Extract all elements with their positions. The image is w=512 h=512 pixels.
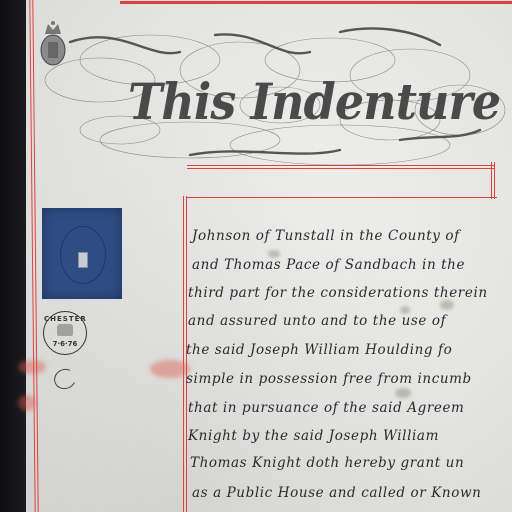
heading-this-indenture: This Indenture [128, 72, 500, 131]
body-line: simple in possession free from incumb [186, 371, 472, 387]
red-wax-smudge [18, 360, 46, 374]
red-wax-smudge [18, 395, 36, 411]
body-line: third part for the considerations therei… [188, 285, 488, 301]
red-box-bottom [187, 197, 497, 198]
revenue-stamp [42, 208, 122, 299]
postmark-town: CHESTER [44, 315, 86, 323]
body-line: Knight by the said Joseph William [188, 428, 439, 444]
body-line: and assured unto and to the use of [188, 313, 446, 329]
body-line: as a Public House and called or Known [192, 485, 481, 501]
body-line: and Thomas Pace of Sandbach in the [192, 257, 465, 273]
stain [440, 300, 454, 310]
text-margin-line-outer [183, 196, 184, 512]
body-line: that in pursuance of the said Agreem [188, 400, 464, 416]
body-line: Johnson of Tunstall in the County of [192, 228, 460, 244]
calligraphy-heading: This Indenture [40, 20, 512, 170]
top-border [120, 1, 512, 4]
royal-coat-of-arms-icon [40, 20, 66, 70]
chester-postmark: CHESTER 7·6·76 [43, 311, 87, 355]
stamp-foil-icon [78, 252, 88, 268]
body-line: the said Joseph William Houlding fo [186, 342, 452, 358]
postmark-date: 7·6·76 [44, 340, 86, 348]
body-line: Thomas Knight doth hereby grant un [190, 455, 464, 471]
red-wax-smudge [150, 360, 190, 378]
stain [395, 388, 411, 398]
crown-icon [57, 324, 73, 336]
